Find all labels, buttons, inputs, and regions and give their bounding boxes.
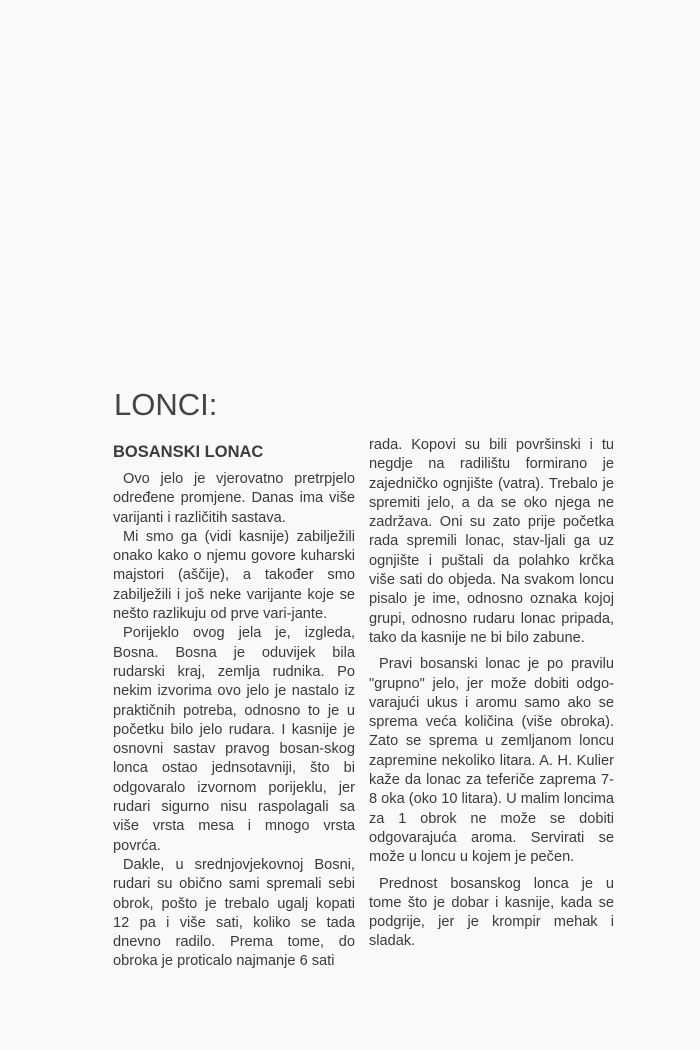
- paragraph: Mi smo ga (vidi kasnije) zabilježili ona…: [113, 528, 355, 624]
- paragraph: Porijeklo ovog jela je, izgleda, Bosna. …: [113, 624, 355, 856]
- paragraph: Prednost bosanskog lonca je u tome što j…: [369, 875, 614, 952]
- paragraph: Ovo jelo je vjerovatno pretrpjelo određe…: [113, 470, 355, 528]
- paragraph: Pravi bosanski lonac je po pravilu "grup…: [369, 655, 614, 867]
- left-text-column: Ovo jelo je vjerovatno pretrpjelo određe…: [113, 470, 355, 972]
- page-title: LONCI:: [114, 387, 217, 423]
- recipe-heading: BOSANSKI LONAC: [113, 443, 263, 462]
- paragraph: Dakle, u srednjovjekovnoj Bosni, rudari …: [113, 856, 355, 972]
- right-text-column: rada. Kopovi su bili površinski i tu neg…: [369, 436, 614, 952]
- paragraph: rada. Kopovi su bili površinski i tu neg…: [369, 436, 614, 648]
